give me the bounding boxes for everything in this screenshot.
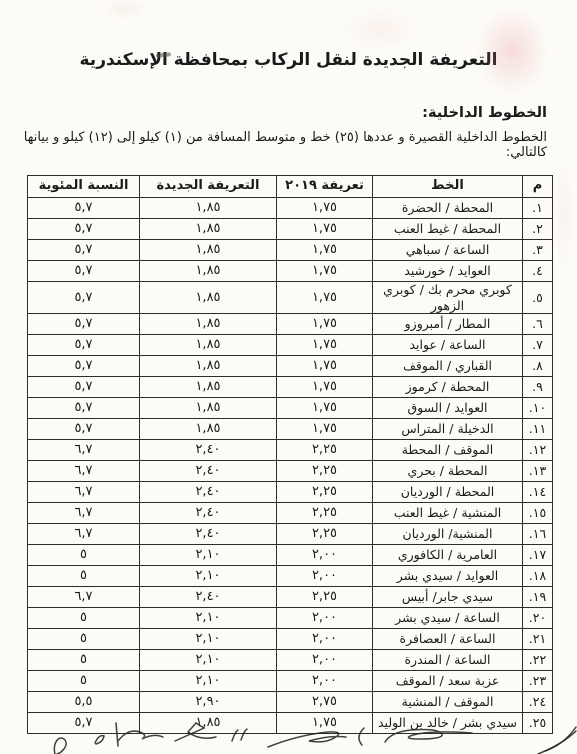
- tariff-2019-cell: ٢,٠٠: [277, 566, 373, 587]
- tariff-2019-cell: ١,٧٥: [277, 356, 373, 377]
- percentage-cell: ٦,٧: [28, 587, 140, 608]
- tariff-2019-cell: ٢,٢٥: [277, 524, 373, 545]
- tariff-table-body: ١.المحطة / الحضرة١,٧٥١,٨٥٥,٧٢.المحطة / غ…: [28, 198, 553, 734]
- intro-text: الخطوط الداخلية القصيرة و عددها (٢٥) خط …: [10, 130, 547, 160]
- col-header-tariff-2019: تعريفة ٢٠١٩: [277, 176, 373, 198]
- percentage-cell: ٥,٧: [28, 198, 140, 219]
- section-heading: الخطوط الداخلية:: [0, 105, 547, 121]
- route-cell: العوايد / السوق: [373, 398, 523, 419]
- route-cell: الدخيلة / المتراس: [373, 419, 523, 440]
- new-tariff-cell: ١,٨٥: [140, 282, 277, 314]
- route-cell: العوايد / خورشيد: [373, 261, 523, 282]
- new-tariff-cell: ١,٨٥: [140, 335, 277, 356]
- row-index-cell: ١٥.: [523, 503, 553, 524]
- new-tariff-cell: ١,٨٥: [140, 356, 277, 377]
- tariff-2019-cell: ٢,٢٥: [277, 440, 373, 461]
- table-row: ٢٢.الساعة / المندرة٢,٠٠٢,١٠٥: [28, 650, 553, 671]
- new-tariff-cell: ٢,١٠: [140, 629, 277, 650]
- route-cell: العوايد / سيدي بشر: [373, 566, 523, 587]
- table-row: ٢٣.عزبة سعد / الموقف٢,٠٠٢,١٠٥: [28, 671, 553, 692]
- table-row: ١٧.العامرية / الكافوري٢,٠٠٢,١٠٥: [28, 545, 553, 566]
- tariff-2019-cell: ٢,٠٠: [277, 629, 373, 650]
- route-cell: عزبة سعد / الموقف: [373, 671, 523, 692]
- row-index-cell: ٩.: [523, 377, 553, 398]
- tariff-2019-cell: ٢,٠٠: [277, 671, 373, 692]
- table-row: ٨.القباري / الموقف١,٧٥١,٨٥٥,٧: [28, 356, 553, 377]
- row-index-cell: ١٨.: [523, 566, 553, 587]
- table-header-row: م الخط تعريفة ٢٠١٩ التعريفة الجديدة النس…: [28, 176, 553, 198]
- new-tariff-cell: ٢,١٠: [140, 608, 277, 629]
- route-cell: المطار / أمبروزو: [373, 314, 523, 335]
- table-row: ٢٠.الساعة / سيدي بشر٢,٠٠٢,١٠٥: [28, 608, 553, 629]
- new-tariff-cell: ٢,٤٠: [140, 524, 277, 545]
- percentage-cell: ٥,٧: [28, 261, 140, 282]
- tariff-2019-cell: ٢,٠٠: [277, 650, 373, 671]
- tariff-2019-cell: ٢,٢٥: [277, 587, 373, 608]
- tariff-2019-cell: ١,٧٥: [277, 240, 373, 261]
- row-index-cell: ١٢.: [523, 440, 553, 461]
- table-row: ١٥.المنشية / غيط العنب٢,٢٥٢,٤٠٦,٧: [28, 503, 553, 524]
- table-row: ٥.كوبري محرم بك / كوبري الزهور١,٧٥١,٨٥٥,…: [28, 282, 553, 314]
- row-index-cell: ١٣.: [523, 461, 553, 482]
- signature-scribbles: [0, 710, 577, 754]
- col-header-line: الخط: [373, 176, 523, 198]
- row-index-cell: ١٧.: [523, 545, 553, 566]
- new-tariff-cell: ١,٨٥: [140, 314, 277, 335]
- new-tariff-cell: ٢,٤٠: [140, 461, 277, 482]
- tariff-2019-cell: ١,٧٥: [277, 198, 373, 219]
- tariff-2019-cell: ١,٧٥: [277, 419, 373, 440]
- tariff-2019-cell: ١,٧٥: [277, 282, 373, 314]
- percentage-cell: ٥,٧: [28, 377, 140, 398]
- scanned-document-page: التعريفة الجديدة لنقل الركاب بمحافظة الإ…: [0, 0, 577, 754]
- route-cell: الساعة / عوايد: [373, 335, 523, 356]
- table-row: ٤.العوايد / خورشيد١,٧٥١,٨٥٥,٧: [28, 261, 553, 282]
- route-cell: المحطة / كرموز: [373, 377, 523, 398]
- table-row: ١٩.سيدي جابر/ أبيس٢,٢٥٢,٤٠٦,٧: [28, 587, 553, 608]
- percentage-cell: ٥,٧: [28, 282, 140, 314]
- tariff-table: م الخط تعريفة ٢٠١٩ التعريفة الجديدة النس…: [27, 175, 553, 734]
- new-tariff-cell: ١,٨٥: [140, 419, 277, 440]
- new-tariff-cell: ٢,١٠: [140, 566, 277, 587]
- percentage-cell: ٥,٧: [28, 419, 140, 440]
- new-tariff-cell: ٢,٤٠: [140, 440, 277, 461]
- col-header-index: م: [523, 176, 553, 198]
- table-row: ١٤.المحطة / الورديان٢,٢٥٢,٤٠٦,٧: [28, 482, 553, 503]
- percentage-cell: ٥: [28, 608, 140, 629]
- route-cell: كوبري محرم بك / كوبري الزهور: [373, 282, 523, 314]
- percentage-cell: ٦,٧: [28, 503, 140, 524]
- row-index-cell: ١.: [523, 198, 553, 219]
- route-cell: العامرية / الكافوري: [373, 545, 523, 566]
- new-tariff-cell: ١,٨٥: [140, 377, 277, 398]
- row-index-cell: ٢٢.: [523, 650, 553, 671]
- table-row: ١٨.العوايد / سيدي بشر٢,٠٠٢,١٠٥: [28, 566, 553, 587]
- new-tariff-cell: ٢,١٠: [140, 671, 277, 692]
- tariff-2019-cell: ٢,٠٠: [277, 545, 373, 566]
- percentage-cell: ٥,٧: [28, 335, 140, 356]
- tariff-2019-cell: ١,٧٥: [277, 261, 373, 282]
- percentage-cell: ٥: [28, 629, 140, 650]
- route-cell: الساعة / المندرة: [373, 650, 523, 671]
- percentage-cell: ٦,٧: [28, 482, 140, 503]
- percentage-cell: ٥,٧: [28, 314, 140, 335]
- percentage-cell: ٥: [28, 671, 140, 692]
- table-row: ١.المحطة / الحضرة١,٧٥١,٨٥٥,٧: [28, 198, 553, 219]
- route-cell: الساعة / سيدي بشر: [373, 608, 523, 629]
- route-cell: المنشية/ الورديان: [373, 524, 523, 545]
- row-index-cell: ٥.: [523, 282, 553, 314]
- row-index-cell: ٢١.: [523, 629, 553, 650]
- percentage-cell: ٦,٧: [28, 461, 140, 482]
- col-header-new-tariff: التعريفة الجديدة: [140, 176, 277, 198]
- new-tariff-cell: ١,٨٥: [140, 398, 277, 419]
- percentage-cell: ٥,٧: [28, 240, 140, 261]
- row-index-cell: ١٩.: [523, 587, 553, 608]
- tariff-2019-cell: ٢,٢٥: [277, 461, 373, 482]
- route-cell: المحطة / الورديان: [373, 482, 523, 503]
- new-tariff-cell: ٢,٤٠: [140, 503, 277, 524]
- new-tariff-cell: ٢,١٠: [140, 545, 277, 566]
- row-index-cell: ٣.: [523, 240, 553, 261]
- percentage-cell: ٦,٧: [28, 440, 140, 461]
- table-row: ١٣.المحطة / بحري٢,٢٥٢,٤٠٦,٧: [28, 461, 553, 482]
- row-index-cell: ٢٠.: [523, 608, 553, 629]
- row-index-cell: ١١.: [523, 419, 553, 440]
- new-tariff-cell: ١,٨٥: [140, 240, 277, 261]
- pink-scan-tint: [550, 140, 577, 290]
- percentage-cell: ٥,٧: [28, 356, 140, 377]
- table-row: ١٦.المنشية/ الورديان٢,٢٥٢,٤٠٦,٧: [28, 524, 553, 545]
- tariff-2019-cell: ١,٧٥: [277, 219, 373, 240]
- table-row: ١٠.العوايد / السوق١,٧٥١,٨٥٥,٧: [28, 398, 553, 419]
- row-index-cell: ١٠.: [523, 398, 553, 419]
- row-index-cell: ٢٣.: [523, 671, 553, 692]
- new-tariff-cell: ٢,٤٠: [140, 587, 277, 608]
- col-header-percentage: النسبة المئوية: [28, 176, 140, 198]
- table-row: ٢.المحطة / غيط العنب١,٧٥١,٨٥٥,٧: [28, 219, 553, 240]
- tariff-2019-cell: ١,٧٥: [277, 335, 373, 356]
- new-tariff-cell: ٢,٤٠: [140, 482, 277, 503]
- tariff-2019-cell: ٢,٢٥: [277, 503, 373, 524]
- tariff-2019-cell: ٢,٠٠: [277, 608, 373, 629]
- new-tariff-cell: ١,٨٥: [140, 198, 277, 219]
- route-cell: الساعة / سباهي: [373, 240, 523, 261]
- tariff-2019-cell: ٢,٢٥: [277, 482, 373, 503]
- percentage-cell: ٥: [28, 545, 140, 566]
- table-row: ١٢.الموقف / المحطة٢,٢٥٢,٤٠٦,٧: [28, 440, 553, 461]
- table-row: ٩.المحطة / كرموز١,٧٥١,٨٥٥,٧: [28, 377, 553, 398]
- document-title: التعريفة الجديدة لنقل الركاب بمحافظة الإ…: [0, 0, 577, 70]
- tariff-2019-cell: ١,٧٥: [277, 314, 373, 335]
- route-cell: القباري / الموقف: [373, 356, 523, 377]
- route-cell: المحطة / الحضرة: [373, 198, 523, 219]
- route-cell: المحطة / غيط العنب: [373, 219, 523, 240]
- route-cell: المحطة / بحري: [373, 461, 523, 482]
- tariff-2019-cell: ١,٧٥: [277, 398, 373, 419]
- row-index-cell: ١٦.: [523, 524, 553, 545]
- new-tariff-cell: ٢,١٠: [140, 650, 277, 671]
- new-tariff-cell: ١,٨٥: [140, 219, 277, 240]
- row-index-cell: ٦.: [523, 314, 553, 335]
- table-row: ٢١.الساعة / العصافرة٢,٠٠٢,١٠٥: [28, 629, 553, 650]
- percentage-cell: ٦,٧: [28, 524, 140, 545]
- route-cell: الموقف / المحطة: [373, 440, 523, 461]
- route-cell: المنشية / غيط العنب: [373, 503, 523, 524]
- percentage-cell: ٥,٧: [28, 219, 140, 240]
- percentage-cell: ٥,٧: [28, 398, 140, 419]
- table-row: ١١.الدخيلة / المتراس١,٧٥١,٨٥٥,٧: [28, 419, 553, 440]
- percentage-cell: ٥: [28, 650, 140, 671]
- row-index-cell: ٧.: [523, 335, 553, 356]
- table-row: ٣.الساعة / سباهي١,٧٥١,٨٥٥,٧: [28, 240, 553, 261]
- new-tariff-cell: ١,٨٥: [140, 261, 277, 282]
- percentage-cell: ٥: [28, 566, 140, 587]
- row-index-cell: ١٤.: [523, 482, 553, 503]
- table-row: ٦.المطار / أمبروزو١,٧٥١,٨٥٥,٧: [28, 314, 553, 335]
- row-index-cell: ٨.: [523, 356, 553, 377]
- row-index-cell: ٢.: [523, 219, 553, 240]
- tariff-2019-cell: ١,٧٥: [277, 377, 373, 398]
- table-row: ٧.الساعة / عوايد١,٧٥١,٨٥٥,٧: [28, 335, 553, 356]
- route-cell: سيدي جابر/ أبيس: [373, 587, 523, 608]
- row-index-cell: ٤.: [523, 261, 553, 282]
- route-cell: الساعة / العصافرة: [373, 629, 523, 650]
